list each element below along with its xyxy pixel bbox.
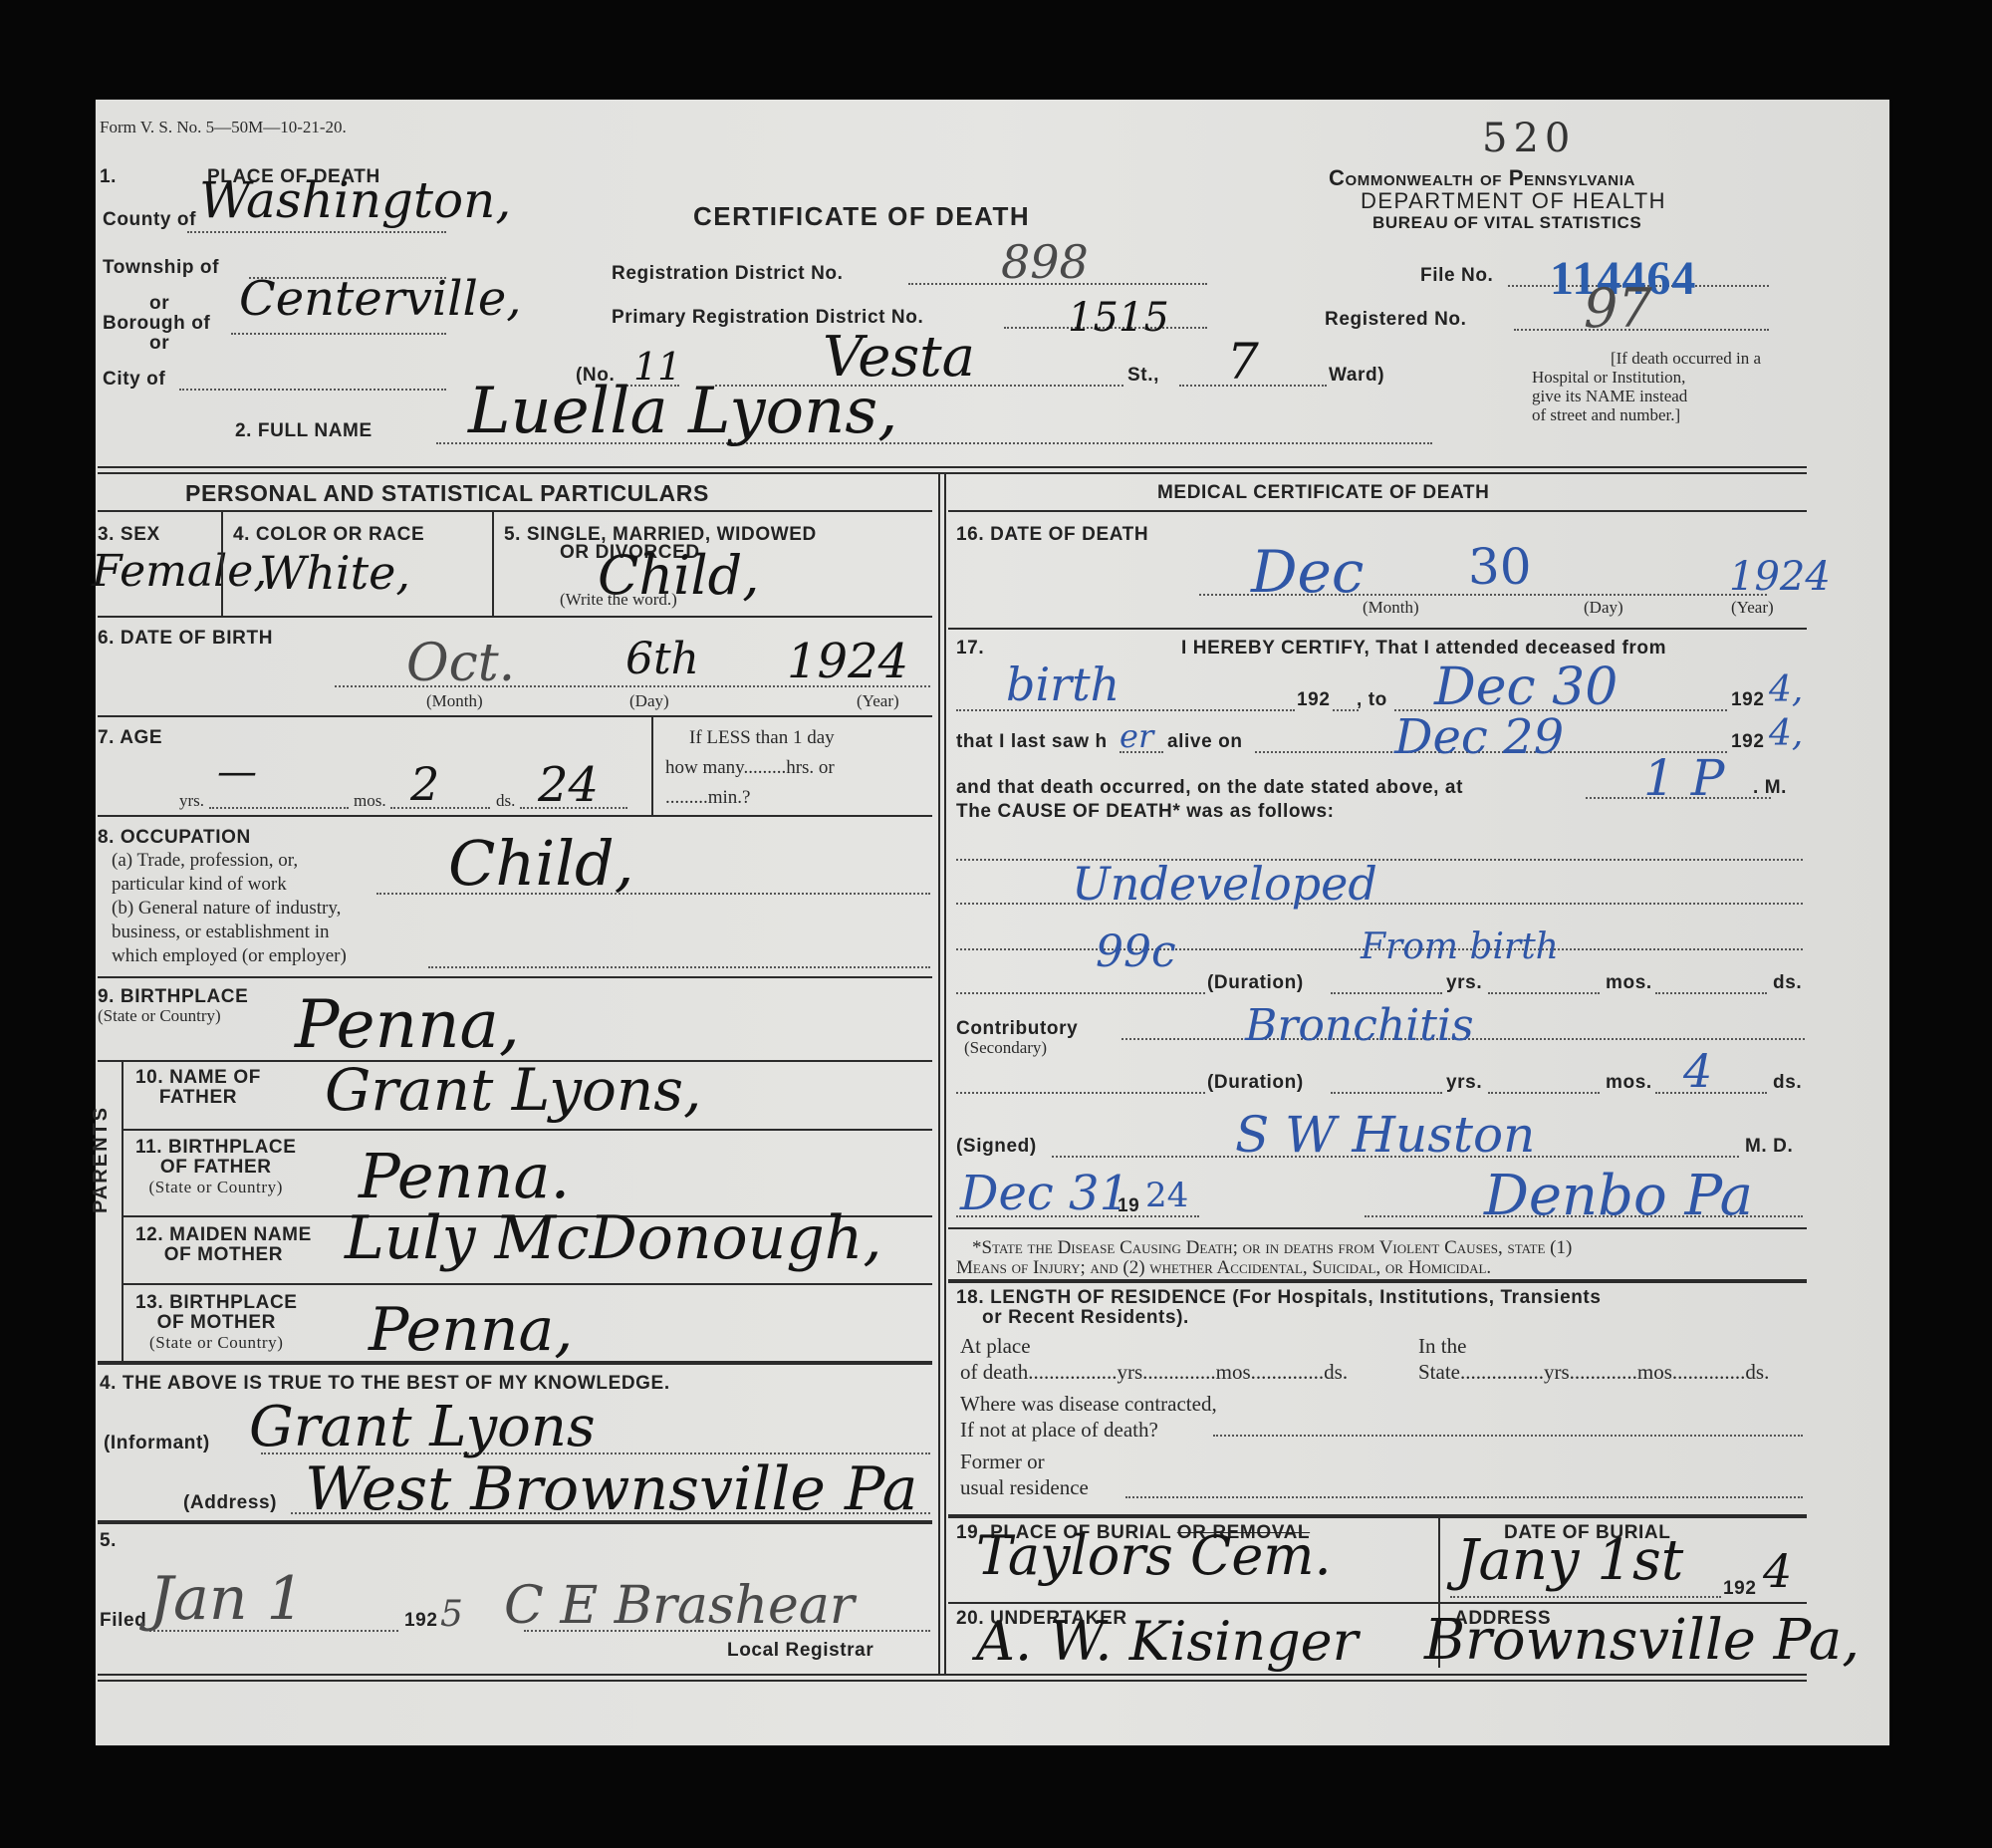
label-line: OF FATHER (135, 1158, 297, 1178)
birthplace-value: Penna, (295, 986, 520, 1063)
attestation-label: 4. THE ABOVE IS TRUE TO THE BEST OF MY K… (100, 1373, 670, 1395)
informant-address-value: West Brownsville Pa (305, 1454, 917, 1524)
contributory-duration-label: (Duration) (1207, 1072, 1304, 1094)
father-name-label: 10. NAME OF FATHER (135, 1068, 261, 1108)
at-place-of-death: At place of death.................yrs...… (960, 1333, 1348, 1385)
full-name-value: Luella Lyons, (468, 375, 898, 448)
filed-year-suffix: 5 (440, 1594, 463, 1635)
label-line: If not at place of death? (960, 1417, 1217, 1443)
divider (124, 1283, 932, 1285)
duration-yrs-line (1331, 992, 1442, 994)
contributory-label: Contributory (956, 1018, 1078, 1040)
label-line: Former or (960, 1449, 1089, 1474)
medical-heading: MEDICAL CERTIFICATE OF DEATH (1157, 482, 1489, 504)
borough-label: Borough of (103, 313, 210, 335)
hospital-note-line: Hospital or Institution, (1532, 368, 1761, 387)
divider (948, 628, 1807, 630)
burial-year-prefix: 192 (1723, 1578, 1757, 1600)
registered-no-value: 97 (1584, 277, 1652, 340)
label-line: OF MOTHER (135, 1245, 312, 1265)
signed-year-prefix: 19 (1118, 1195, 1139, 1217)
certificate-title: CERTIFICATE OF DEATH (693, 201, 1030, 232)
last-saw-year-suffix: 4, (1769, 713, 1803, 754)
pronoun-line (1120, 751, 1163, 753)
agency-line-3: BUREAU OF VITAL STATISTICS (1372, 213, 1641, 233)
less-than-day-line: how many.........hrs. or (665, 753, 835, 783)
label-line: OF MOTHER (135, 1313, 298, 1333)
primary-district-value: 1515 (1068, 295, 1169, 341)
residence-label-2: or Recent Residents). (982, 1307, 1189, 1329)
last-saw-date: Dec 29 (1394, 709, 1564, 765)
birthplace-label: 9. BIRTHPLACE (98, 986, 248, 1008)
burial-place-value: Taylors Cem. (976, 1524, 1332, 1587)
signed-label: (Signed) (956, 1136, 1037, 1158)
occupation-b-line: which employed (or employer) (112, 944, 347, 968)
label-line: 10. NAME OF (135, 1068, 261, 1088)
to-year-prefix: 192 (1731, 689, 1765, 711)
undertaker-value: A. W. Kisinger (976, 1610, 1358, 1673)
full-name-label: 2. FULL NAME (235, 420, 373, 442)
father-name-value: Grant Lyons, (325, 1056, 701, 1124)
duration-yrs-label: yrs. (1446, 972, 1482, 994)
last-saw-year-prefix: 192 (1731, 731, 1765, 753)
mother-maiden-label: 12. MAIDEN NAME OF MOTHER (135, 1225, 312, 1265)
county-line (187, 231, 446, 233)
mother-birthplace-label: 13. BIRTHPLACE OF MOTHER (State or Count… (135, 1293, 298, 1353)
dod-label: 16. DATE OF DEATH (956, 524, 1148, 546)
footnote-line-1: *State the Disease Causing Death; or in … (972, 1237, 1572, 1259)
label-line: In the (1418, 1333, 1769, 1359)
divider (98, 815, 932, 817)
occupation-b-line (428, 966, 930, 968)
label-line: 11. BIRTHPLACE (135, 1138, 297, 1158)
divider (221, 512, 223, 616)
mother-maiden-value: Luly McDonough, (345, 1203, 881, 1273)
parents-side-label: PARENTS (90, 1106, 113, 1213)
residence-label-1: 18. LENGTH OF RESIDENCE (For Hospitals, … (956, 1287, 1602, 1309)
contributory-duration-pre (956, 1092, 1205, 1094)
burial-year-suffix: 4 (1763, 1544, 1792, 1598)
sex-value: Female, (92, 546, 267, 597)
divider (948, 1279, 1807, 1283)
occupation-label: 8. OCCUPATION (98, 827, 251, 849)
signed-year-suffix: 24 (1145, 1176, 1188, 1215)
filed-label: Filed (100, 1610, 146, 1632)
age-mos-line (390, 807, 490, 809)
registration-district-label: Registration District No. (612, 263, 843, 285)
where-contracted-line (1213, 1435, 1803, 1437)
contributory-ds-label: ds. (1773, 1072, 1802, 1094)
registration-district-value: 898 (1001, 235, 1089, 289)
file-no-label: File No. (1420, 265, 1493, 287)
registered-no-label: Registered No. (1325, 309, 1467, 331)
dod-year: 1924 (1729, 554, 1831, 600)
parents-divider (122, 1062, 124, 1363)
duration-mos-label: mos. (1606, 972, 1652, 994)
label-line: At place (960, 1333, 1348, 1359)
informant-label: (Informant) (104, 1433, 210, 1454)
informant-value: Grant Lyons (249, 1395, 596, 1459)
duration-line-pre (956, 992, 1205, 994)
dob-year: 1924 (787, 634, 908, 689)
burial-date-value: Jany 1st (1456, 1528, 1683, 1593)
cause-code: 99c (1096, 926, 1176, 977)
city-label: City of (103, 369, 165, 391)
dob-month: Oct. (406, 634, 515, 693)
age-label: 7. AGE (98, 727, 162, 749)
label-line: State................yrs.............mos… (1418, 1359, 1769, 1385)
attended-from: birth (1006, 658, 1120, 711)
contributory-duration-value: 4 (1683, 1044, 1712, 1098)
occupation-a-line: particular kind of work (112, 873, 347, 897)
death-time: 1 P (1643, 749, 1724, 807)
hospital-note: [If death occurred in a Hospital or Inst… (1532, 349, 1761, 424)
hospital-note-line: of street and number.] (1532, 405, 1761, 424)
divider (651, 717, 653, 815)
occupation-a-line: (a) Trade, profession, or, (112, 849, 347, 873)
or-label-1: or (149, 293, 169, 315)
occupation-instructions: (a) Trade, profession, or, particular ki… (112, 849, 347, 968)
dod-day: 30 (1468, 538, 1532, 596)
ward-value: 7 (1227, 333, 1259, 391)
agency-line-2: DEPARTMENT OF HEALTH (1361, 188, 1666, 214)
label-line: (State or Country) (135, 1333, 298, 1353)
less-than-day-note: If LESS than 1 day how many.........hrs.… (665, 723, 835, 813)
township-label: Township of (103, 257, 219, 279)
center-divider (944, 472, 946, 1676)
duration-ds-line (1655, 992, 1767, 994)
label-line: 12. MAIDEN NAME (135, 1225, 312, 1245)
label-line: (State or Country) (135, 1178, 297, 1197)
md-label: M. D. (1745, 1136, 1793, 1158)
dod-month: Dec (1251, 538, 1364, 606)
where-contracted: Where was disease contracted, If not at … (960, 1391, 1217, 1443)
secondary-label: (Secondary) (964, 1038, 1047, 1058)
bottom-border (98, 1680, 1807, 1682)
last-saw-label: that I last saw h (956, 731, 1108, 753)
personal-heading: PERSONAL AND STATISTICAL PARTICULARS (185, 480, 709, 507)
divider (98, 1520, 932, 1524)
bottom-border (98, 1674, 1807, 1676)
age-yrs-line (209, 807, 349, 809)
occupation-b-line: business, or establishment in (112, 921, 347, 944)
dob-day-caption: (Day) (629, 691, 669, 711)
contributory-yrs-label: yrs. (1446, 1072, 1482, 1094)
divider (98, 715, 932, 717)
divider (98, 616, 932, 618)
label-line: FATHER (135, 1088, 261, 1108)
marital-note: (Write the word.) (560, 590, 677, 610)
father-birthplace-label: 11. BIRTHPLACE OF FATHER (State or Count… (135, 1138, 297, 1197)
age-months: 2 (410, 757, 439, 811)
contributory-value: Bronchitis (1245, 1000, 1474, 1051)
label-line: Where was disease contracted, (960, 1391, 1217, 1417)
divider (948, 1602, 1807, 1604)
ds-label: ds. (496, 791, 515, 811)
header-divider (98, 466, 1807, 468)
contributory-yrs-line (1331, 1092, 1442, 1094)
undertaker-address-value: Brownsville Pa, (1424, 1608, 1860, 1673)
mother-birthplace-value: Penna, (369, 1295, 573, 1365)
divider (948, 510, 1807, 512)
dob-day: 6th (625, 634, 699, 684)
informant-address-label: (Address) (183, 1492, 277, 1514)
duration-ds-label: ds. (1773, 972, 1802, 994)
cause-label: The CAUSE OF DEATH* was as follows: (956, 801, 1335, 823)
death-time-suffix: . M. (1753, 777, 1787, 799)
dob-label: 6. DATE OF BIRTH (98, 628, 273, 650)
to-year-suffix: 4, (1769, 669, 1803, 710)
borough-value: Centerville, (239, 271, 522, 327)
cause-duration: From birth (1361, 926, 1559, 967)
certify-number: 17. (956, 638, 984, 660)
race-label: 4. COLOR OR RACE (233, 524, 424, 546)
center-divider (938, 472, 940, 1676)
certify-text: I HEREBY CERTIFY, That I attended deceas… (1181, 638, 1666, 660)
age-years: — (217, 749, 257, 795)
occupation-value: Child, (448, 827, 633, 900)
dob-year-caption: (Year) (857, 691, 899, 711)
form-number: Form V. S. No. 5—50M—10-21-20. (100, 118, 347, 137)
divider (98, 976, 932, 978)
filed-section-number: 5. (100, 1530, 117, 1552)
registrar-label: Local Registrar (727, 1640, 873, 1662)
divider (948, 1227, 1807, 1229)
yrs-label: yrs. (179, 791, 204, 811)
divider (948, 1514, 1807, 1518)
physician-signature: S W Huston (1235, 1106, 1535, 1164)
contributory-mos-line (1488, 1092, 1600, 1094)
filed-year-prefix: 192 (404, 1610, 438, 1632)
in-the-state: In the State................yrs.........… (1418, 1333, 1769, 1385)
section-1-number: 1. (100, 166, 117, 188)
divider (98, 1361, 932, 1365)
former-residence: Former or usual residence (960, 1449, 1089, 1500)
hospital-note-line: give its NAME instead (1532, 387, 1761, 405)
dob-month-caption: (Month) (426, 691, 483, 711)
dod-month-caption: (Month) (1363, 598, 1419, 618)
borough-line (231, 333, 446, 335)
alive-on-label: alive on (1167, 731, 1243, 753)
dod-day-caption: (Day) (1584, 598, 1623, 618)
race-value: White, (259, 546, 410, 600)
last-saw-pronoun: er (1120, 717, 1153, 755)
from-year: 192 (1297, 689, 1331, 711)
father-birthplace-value: Penna. (359, 1140, 570, 1212)
or-label-2: or (149, 333, 169, 355)
burial-date-line (1450, 1596, 1721, 1598)
top-annotation: 520 (1482, 116, 1576, 161)
less-than-day-line: If LESS than 1 day (665, 723, 835, 753)
sex-label: 3. SEX (98, 524, 160, 546)
label-line: usual residence (960, 1474, 1089, 1500)
to-label: , to (1357, 689, 1387, 711)
registrar-signature: C E Brashear (504, 1576, 855, 1636)
former-residence-line (1125, 1496, 1803, 1498)
death-time-label: and that death occurred, on the date sta… (956, 777, 1463, 799)
st-label: St., (1127, 365, 1159, 387)
divider (124, 1129, 932, 1131)
cause-primary: Undeveloped (1072, 857, 1377, 911)
city-line (179, 389, 446, 391)
attended-to: Dec 30 (1434, 658, 1618, 717)
ward-label: Ward) (1329, 365, 1384, 387)
filed-date: Jan 1 (149, 1564, 305, 1634)
from-year-line (1333, 709, 1359, 711)
county-label: County of (103, 209, 196, 231)
dod-year-caption: (Year) (1731, 598, 1774, 618)
duration-mos-line (1488, 992, 1600, 994)
birthplace-sub: (State or Country) (98, 1006, 221, 1026)
label-line: of death.................yrs............… (960, 1359, 1348, 1385)
physician-address: Denbo Pa (1484, 1164, 1753, 1228)
divider (492, 512, 494, 616)
mos-label: mos. (354, 791, 386, 811)
header-divider (98, 472, 1807, 474)
hospital-note-line: [If death occurred in a (1532, 349, 1761, 368)
signed-date: Dec 31 (960, 1166, 1129, 1221)
footnote-line-2: Means of Injury; and (2) whether Acciden… (956, 1257, 1491, 1279)
age-days: 24 (538, 757, 599, 813)
duration-label: (Duration) (1207, 972, 1304, 994)
occupation-b-line: (b) General nature of industry, (112, 897, 347, 921)
county-value: Washington, (199, 171, 511, 229)
label-line: 13. BIRTHPLACE (135, 1293, 298, 1313)
contributory-mos-label: mos. (1606, 1072, 1652, 1094)
less-than-day-line: .........min.? (665, 783, 835, 813)
